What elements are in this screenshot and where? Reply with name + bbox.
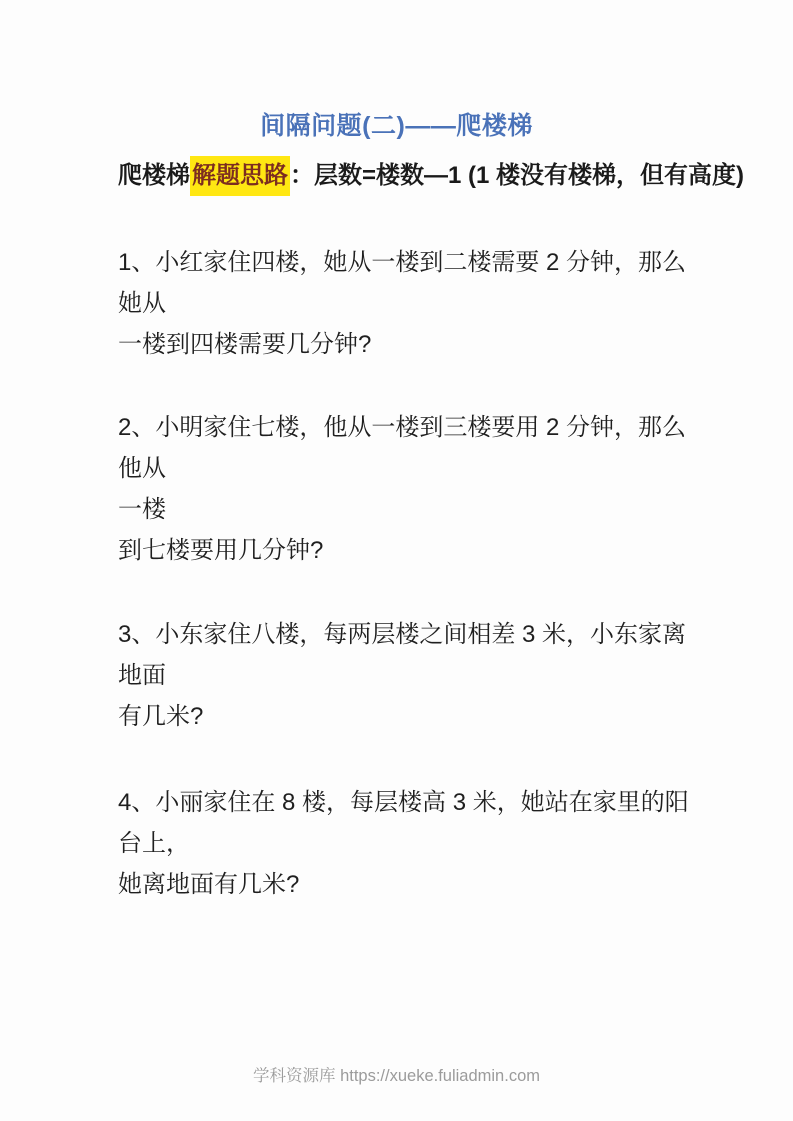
question-line: 2、小明家住七楼，他从一楼到三楼要用 2 分钟，那么他从 xyxy=(118,407,693,489)
solution-formula-line: 爬楼梯解题思路：层数=楼数—1 (1 楼没有楼梯，但有高度) xyxy=(118,155,698,197)
worksheet-page: 间隔问题(二)——爬楼梯 爬楼梯解题思路：层数=楼数—1 (1 楼没有楼梯，但有… xyxy=(0,0,793,1121)
question-3: 3、小东家住八楼，每两层楼之间相差 3 米，小东家离地面 有几米? xyxy=(118,614,693,737)
formula-prefix: 爬楼梯 xyxy=(118,162,190,189)
question-line: 一楼 xyxy=(118,489,693,530)
question-line: 她离地面有几米? xyxy=(118,864,693,905)
question-4: 4、小丽家住在 8 楼，每层楼高 3 米，她站在家里的阳台上， 她离地面有几米? xyxy=(118,782,693,905)
footer-watermark: 学科资源库 https://xueke.fuliadmin.com xyxy=(0,1062,793,1086)
formula-rest: ：层数=楼数—1 (1 楼没有楼梯，但有高度) xyxy=(290,162,744,189)
question-1: 1、小红家住四楼，她从一楼到二楼需要 2 分钟，那么她从 一楼到四楼需要几分钟? xyxy=(118,242,693,365)
question-line: 到七楼要用几分钟? xyxy=(118,530,693,571)
question-line: 4、小丽家住在 8 楼，每层楼高 3 米，她站在家里的阳台上， xyxy=(118,782,693,864)
page-title: 间隔问题(二)——爬楼梯 xyxy=(0,106,793,142)
question-line: 3、小东家住八楼，每两层楼之间相差 3 米，小东家离地面 xyxy=(118,614,693,696)
question-line: 有几米? xyxy=(118,696,693,737)
question-line: 1、小红家住四楼，她从一楼到二楼需要 2 分钟，那么她从 xyxy=(118,242,693,324)
highlighted-solution-keyword: 解题思路 xyxy=(190,156,290,196)
question-2: 2、小明家住七楼，他从一楼到三楼要用 2 分钟，那么他从 一楼 到七楼要用几分钟… xyxy=(118,407,693,571)
question-line: 一楼到四楼需要几分钟? xyxy=(118,324,693,365)
